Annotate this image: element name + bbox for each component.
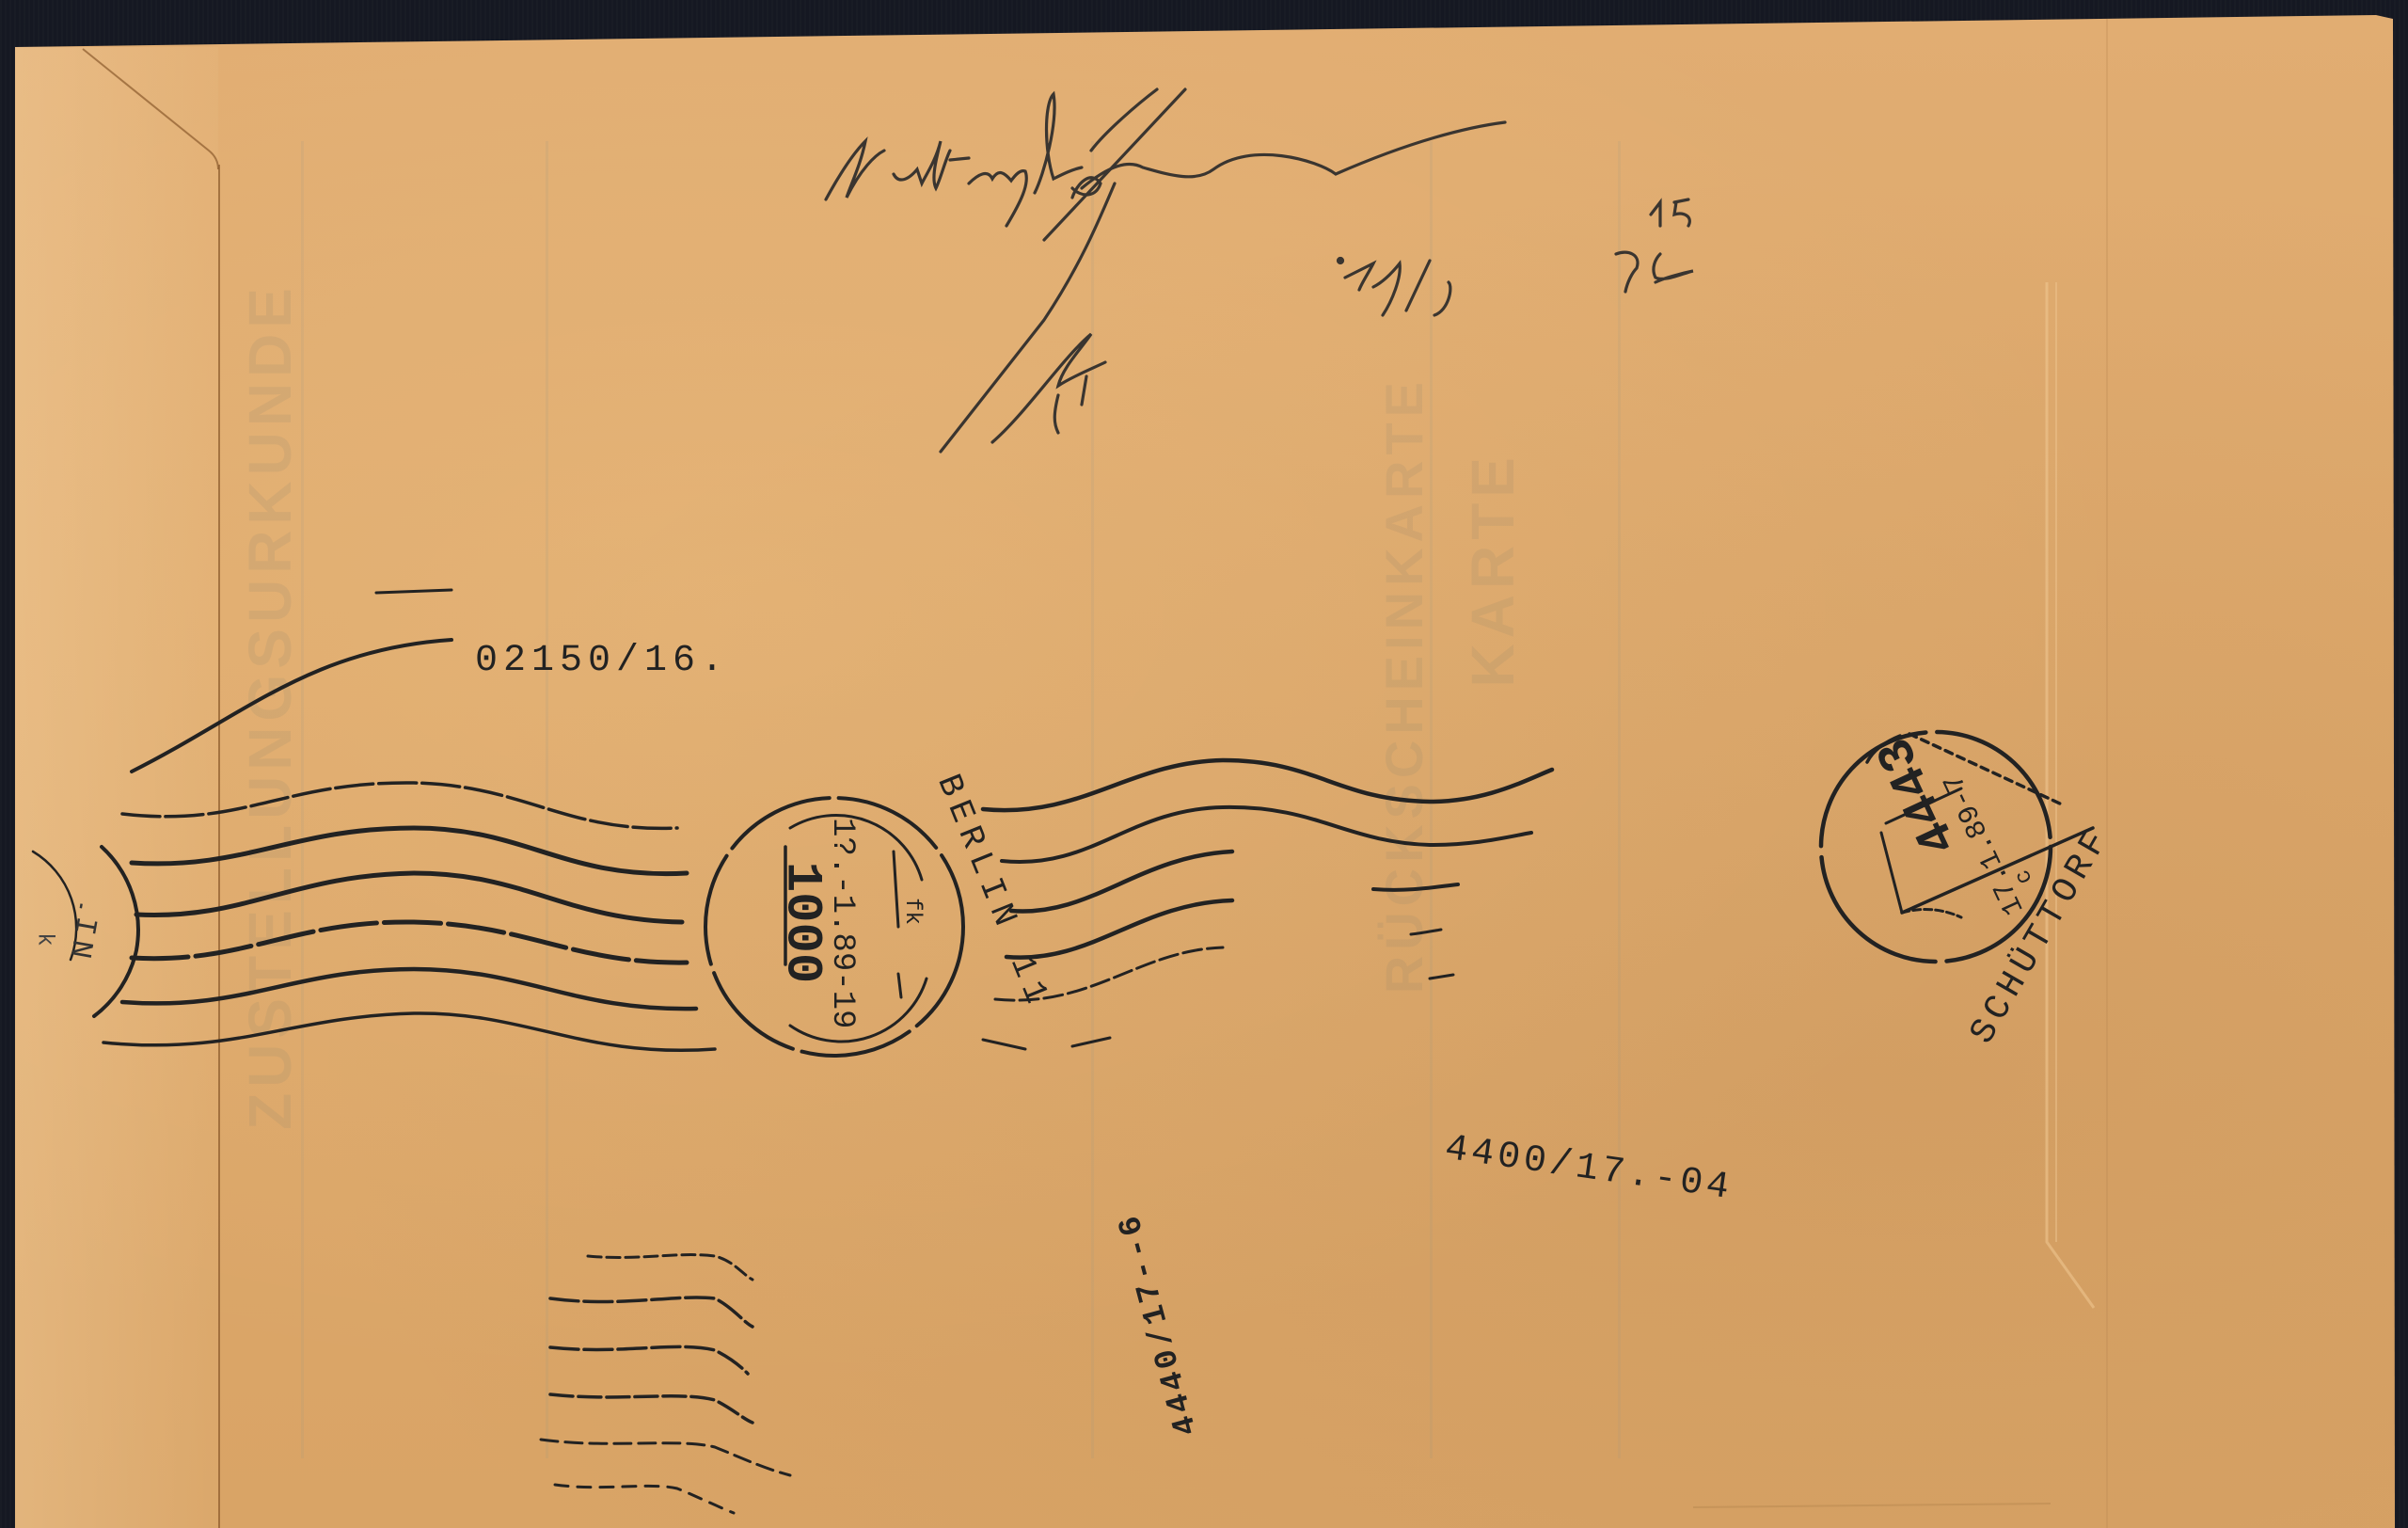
wave-line	[588, 1255, 752, 1280]
registration-number-stamp: 02150/16.	[475, 640, 729, 682]
wave-line	[122, 783, 677, 828]
wave-line	[136, 873, 682, 922]
signature	[992, 334, 1105, 442]
wave-line	[550, 1394, 752, 1423]
wave-line	[122, 969, 696, 1009]
wave-line	[132, 922, 687, 963]
handwritten-number	[1616, 252, 1638, 292]
wave-line	[132, 828, 687, 874]
cancellation-ink	[0, 0, 2408, 1528]
berlin-partial-postmark-code: k	[32, 932, 57, 946]
wave-line	[1002, 807, 1531, 862]
wave-line	[541, 1440, 790, 1475]
wave-line	[132, 640, 451, 772]
berlin-postmark-code: fk	[899, 898, 925, 925]
berlin-postmark-postcode: 1000	[773, 829, 831, 1017]
wave-line	[983, 760, 1552, 810]
wave-line	[103, 1013, 715, 1050]
wave-line	[550, 1297, 752, 1327]
wave-line	[550, 1346, 748, 1374]
berlin-postmark-date: 1?.-1.89-19	[824, 818, 860, 1025]
